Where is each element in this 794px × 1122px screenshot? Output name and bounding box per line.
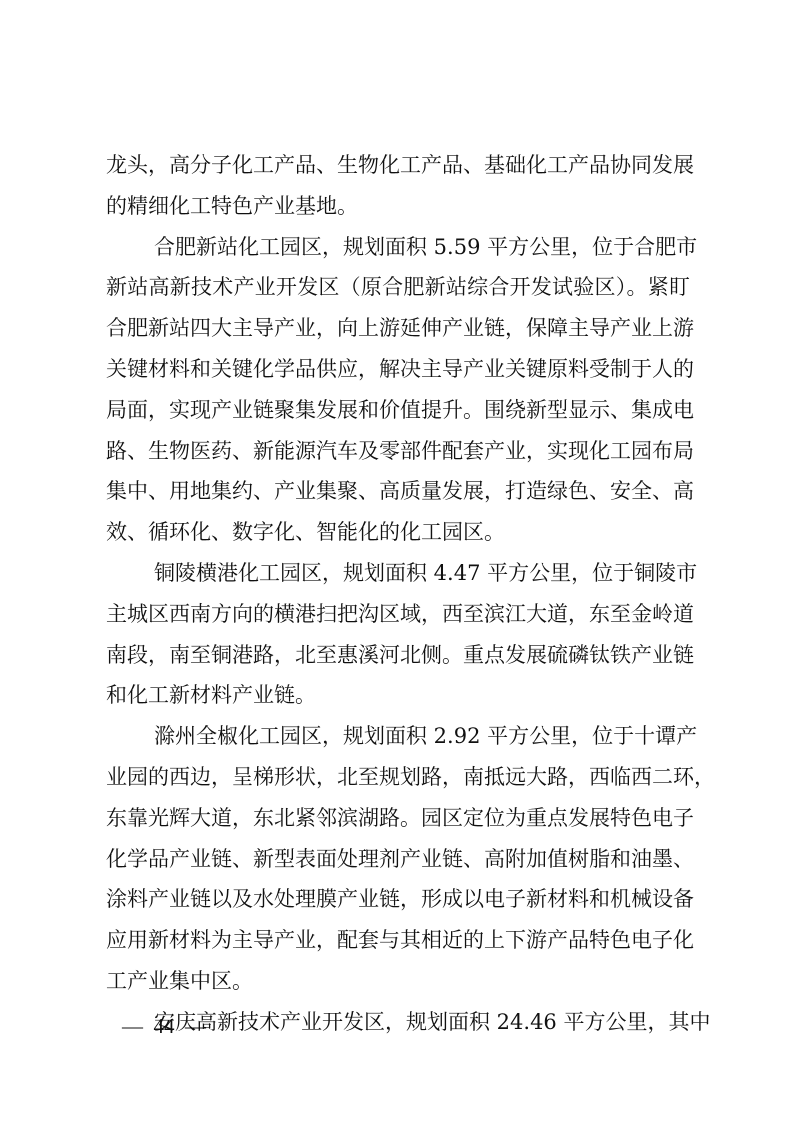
text-line: 合肥新站化工园区，规划面积 5.59 平方公里，位于合肥市	[154, 232, 690, 262]
text-line: 工产业集中区。	[106, 966, 690, 996]
text-line: 和化工新材料产业链。	[106, 680, 690, 710]
text-line: 龙头，高分子化工产品、生物化工产品、基础化工产品协同发展	[106, 150, 690, 180]
text-line: 新站高新技术产业开发区（原合肥新站综合开发试验区）。紧盯	[106, 272, 690, 302]
text-line: 滁州全椒化工园区，规划面积 2.92 平方公里，位于十谭产	[154, 721, 690, 751]
text-line: 化学品产业链、新型表面处理剂产业链、高附加值树脂和油墨、	[106, 844, 690, 874]
text-line: 涂料产业链以及水处理膜产业链，形成以电子新材料和机械设备	[106, 884, 690, 914]
text-line: 主城区西南方向的横港扫把沟区域，西至滨江大道，东至金岭道	[106, 599, 690, 629]
text-line: 局面，实现产业链聚集发展和价值提升。围绕新型显示、集成电	[106, 395, 690, 425]
text-line: 南段，南至铜港路，北至惠溪河北侧。重点发展硫磷钛铁产业链	[106, 640, 690, 670]
document-page: 龙头，高分子化工产品、生物化工产品、基础化工产品协同发展的精细化工特色产业基地。…	[0, 0, 794, 1122]
text-line: 铜陵横港化工园区，规划面积 4.47 平方公里，位于铜陵市	[154, 558, 690, 588]
text-line: 效、循环化、数字化、智能化的化工园区。	[106, 517, 690, 547]
text-line: 路、生物医药、新能源汽车及零部件配套产业，实现化工园布局	[106, 436, 690, 466]
text-line: 业园的西边，呈梯形状，北至规划路，南抵远大路，西临西二环，	[106, 762, 690, 792]
page-number: — 44 —	[122, 1013, 206, 1039]
text-line: 集中、用地集约、产业集聚、高质量发展，打造绿色、安全、高	[106, 476, 690, 506]
text-line: 关键材料和关键化学品供应，解决主导产业关键原料受制于人的	[106, 354, 690, 384]
text-line: 合肥新站四大主导产业，向上游延伸产业链，保障主导产业上游	[106, 313, 690, 343]
text-line: 应用新材料为主导产业，配套与其相近的上下游产品特色电子化	[106, 925, 690, 955]
text-line: 东靠光辉大道，东北紧邻滨湖路。园区定位为重点发展特色电子	[106, 803, 690, 833]
text-line: 的精细化工特色产业基地。	[106, 191, 690, 221]
text-line: 安庆高新技术产业开发区，规划面积 24.46 平方公里，其中	[154, 1007, 690, 1037]
